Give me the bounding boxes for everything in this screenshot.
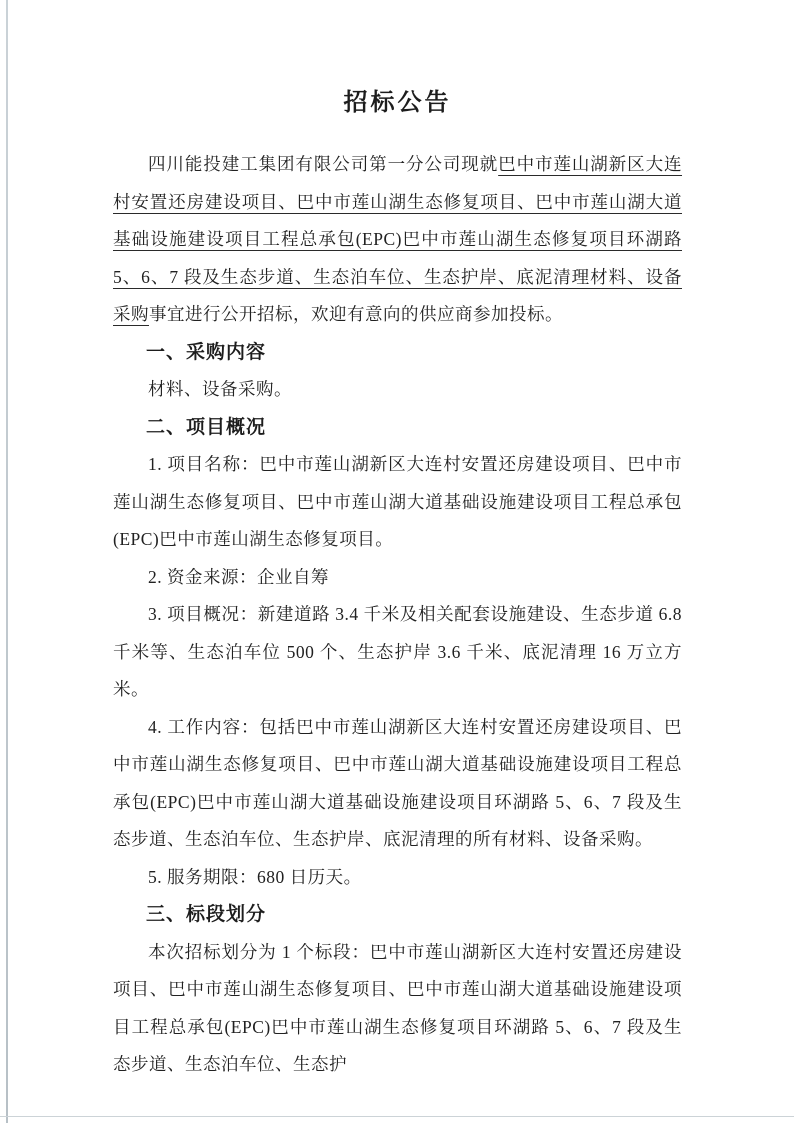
paragraph-project-name: 1. 项目名称：巴中市莲山湖新区大连村安置还房建设项目、巴中市莲山湖生态修复项目… xyxy=(113,446,682,559)
section-heading-procurement-content: 一、采购内容 xyxy=(113,334,682,372)
scan-edge-artifact-bottom xyxy=(0,1116,794,1117)
paragraph-service-period: 5. 服务期限：680 日历天。 xyxy=(113,859,682,897)
paragraph-work-content: 4. 工作内容：包括巴中市莲山湖新区大连村安置还房建设项目、巴中市莲山湖生态修复… xyxy=(113,709,682,859)
scanned-document-page: 招标公告 四川能投建工集团有限公司第一分公司现就巴中市莲山湖新区大连村安置还房建… xyxy=(0,0,794,1123)
intro-suffix-text: 事宜进行公开招标，欢迎有意向的供应商参加投标。 xyxy=(149,304,563,324)
document-text: 四川能投建工集团有限公司第一分公司现就巴中市莲山湖新区大连村安置还房建设项目、巴… xyxy=(113,146,682,1084)
section-heading-project-overview: 二、项目概况 xyxy=(113,409,682,447)
paragraph-funding-source: 2. 资金来源：企业自筹 xyxy=(113,559,682,597)
document-title: 招标公告 xyxy=(113,84,682,120)
scan-edge-artifact-left xyxy=(6,0,8,1123)
intro-underlined-scope-text: 巴中市莲山湖新区大连村安置还房建设项目、巴中市莲山湖生态修复项目、巴中市莲山湖大… xyxy=(113,154,682,324)
intro-prefix-text: 四川能投建工集团有限公司第一分公司现就 xyxy=(148,154,498,174)
paragraph-project-profile: 3. 项目概况：新建道路 3.4 千米及相关配套设施建设、生态步道 6.8 千米… xyxy=(113,596,682,709)
document-body: 招标公告 四川能投建工集团有限公司第一分公司现就巴中市莲山湖新区大连村安置还房建… xyxy=(113,0,682,1084)
intro-paragraph: 四川能投建工集团有限公司第一分公司现就巴中市莲山湖新区大连村安置还房建设项目、巴… xyxy=(113,146,682,334)
paragraph-procurement-content: 材料、设备采购。 xyxy=(113,371,682,409)
paragraph-bid-sections: 本次招标划分为 1 个标段：巴中市莲山湖新区大连村安置还房建设项目、巴中市莲山湖… xyxy=(113,934,682,1084)
section-heading-bid-sections: 三、标段划分 xyxy=(113,896,682,934)
